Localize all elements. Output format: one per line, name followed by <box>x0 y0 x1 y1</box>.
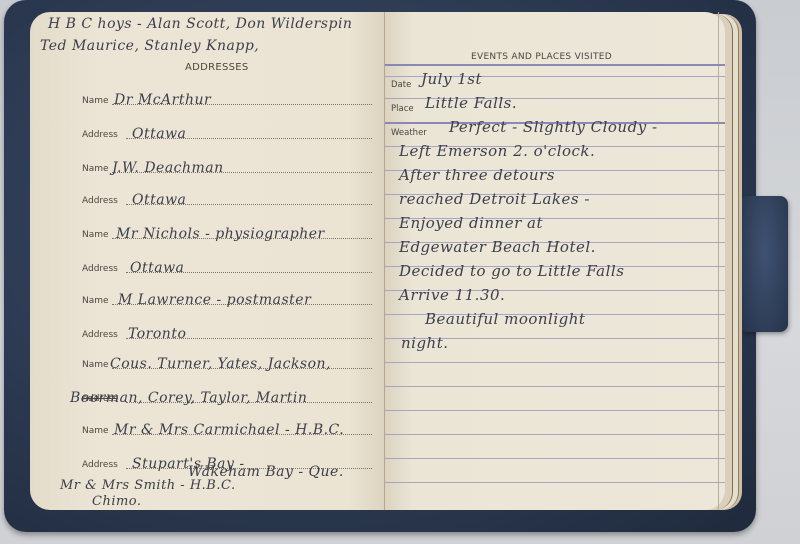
ruled-line <box>385 434 725 435</box>
events-page: EVENTS AND PLACES VISITED Date July 1st … <box>384 12 725 510</box>
date-value: July 1st <box>421 70 482 88</box>
address-entry-address: Address Boorman, Corey, Taylor, Martin <box>70 386 372 406</box>
name-value: Cous. Turner, Yates, Jackson, <box>110 356 331 372</box>
ruled-line <box>385 362 725 363</box>
address-entry-name: Name Dr McArthur <box>82 88 372 108</box>
ruled-line <box>385 458 725 459</box>
address-entry-name: Name Mr & Mrs Carmichael - H.B.C. <box>82 418 372 438</box>
address-entry-name: Name Cous. Turner, Yates, Jackson, <box>82 352 372 372</box>
name-label: Name <box>82 296 109 306</box>
journal-line: After three detours <box>399 166 555 184</box>
name-value: Dr McArthur <box>114 92 211 108</box>
address-value: Ottawa <box>132 192 186 208</box>
journal-line: Beautiful moonlight <box>425 310 585 328</box>
address-entry-name: Name Mr Nichols - physiographer <box>82 222 372 242</box>
name-value: Mr & Mrs Carmichael - H.B.C. <box>114 422 344 438</box>
name-label: Name <box>82 96 109 106</box>
weather-value: Perfect - Slightly Cloudy - <box>449 118 658 136</box>
journal-line: Left Emerson 2. o'clock. <box>399 142 595 160</box>
address-value: Toronto <box>128 326 186 342</box>
address-value: Ottawa <box>132 126 186 142</box>
address-entry-address: Address Ottawa <box>82 188 372 208</box>
journal-line: Arrive 11.30. <box>399 286 505 304</box>
address-entry-name: Name M Lawrence - postmaster <box>82 288 372 308</box>
address-value: Boorman, Corey, Taylor, Martin <box>70 390 307 406</box>
name-value: J.W. Deachman <box>112 160 224 176</box>
name-label: Name <box>82 164 109 174</box>
date-label: Date <box>391 80 411 90</box>
address-entry-address: Address Toronto <box>82 322 372 342</box>
ruled-line <box>385 386 725 387</box>
journal-line: Enjoyed dinner at <box>399 214 543 232</box>
clasp-strap <box>742 196 788 332</box>
place-value: Little Falls. <box>425 94 517 112</box>
address-label: Address <box>82 460 118 470</box>
addresses-page: H B C hoys - Alan Scott, Don Wilderspin … <box>30 12 384 510</box>
page-title: EVENTS AND PLACES VISITED <box>471 52 612 62</box>
header-note-line-2: Ted Maurice, Stanley Knapp, <box>40 38 259 54</box>
address-label: Address <box>82 264 118 274</box>
address-label: Address <box>82 330 118 340</box>
name-label: Name <box>82 426 109 436</box>
address-entry-name: Name J.W. Deachman <box>82 156 372 176</box>
journal-line: reached Detroit Lakes - <box>399 190 590 208</box>
address-value: Ottawa <box>130 260 184 276</box>
address-entry-address: Address Ottawa <box>82 256 372 276</box>
header-note-line-1: H B C hoys - Alan Scott, Don Wilderspin <box>48 16 352 32</box>
journal-line: night. <box>401 334 449 352</box>
header-rule <box>385 64 725 66</box>
name-value: Mr Nichols - physiographer <box>116 226 325 242</box>
ruled-line <box>385 482 725 483</box>
name-value: M Lawrence - postmaster <box>118 292 311 308</box>
weather-label: Weather <box>391 128 427 138</box>
journal-line: Decided to go to Little Falls <box>399 262 624 280</box>
address-label: Address <box>82 196 118 206</box>
journal-line: Edgewater Beach Hotel. <box>399 238 596 256</box>
footer-note-line-2: Mr & Mrs Smith - H.B.C. <box>60 478 236 493</box>
page-title: ADDRESSES <box>185 62 249 73</box>
margin-line <box>718 12 719 510</box>
address-label: Address <box>82 130 118 140</box>
address-entry-address: Address Ottawa <box>82 122 372 142</box>
name-label: Name <box>82 360 109 370</box>
footer-note-line-3: Chimo. <box>92 494 142 509</box>
name-label: Name <box>82 230 109 240</box>
place-label: Place <box>391 104 414 114</box>
ruled-line <box>385 410 725 411</box>
